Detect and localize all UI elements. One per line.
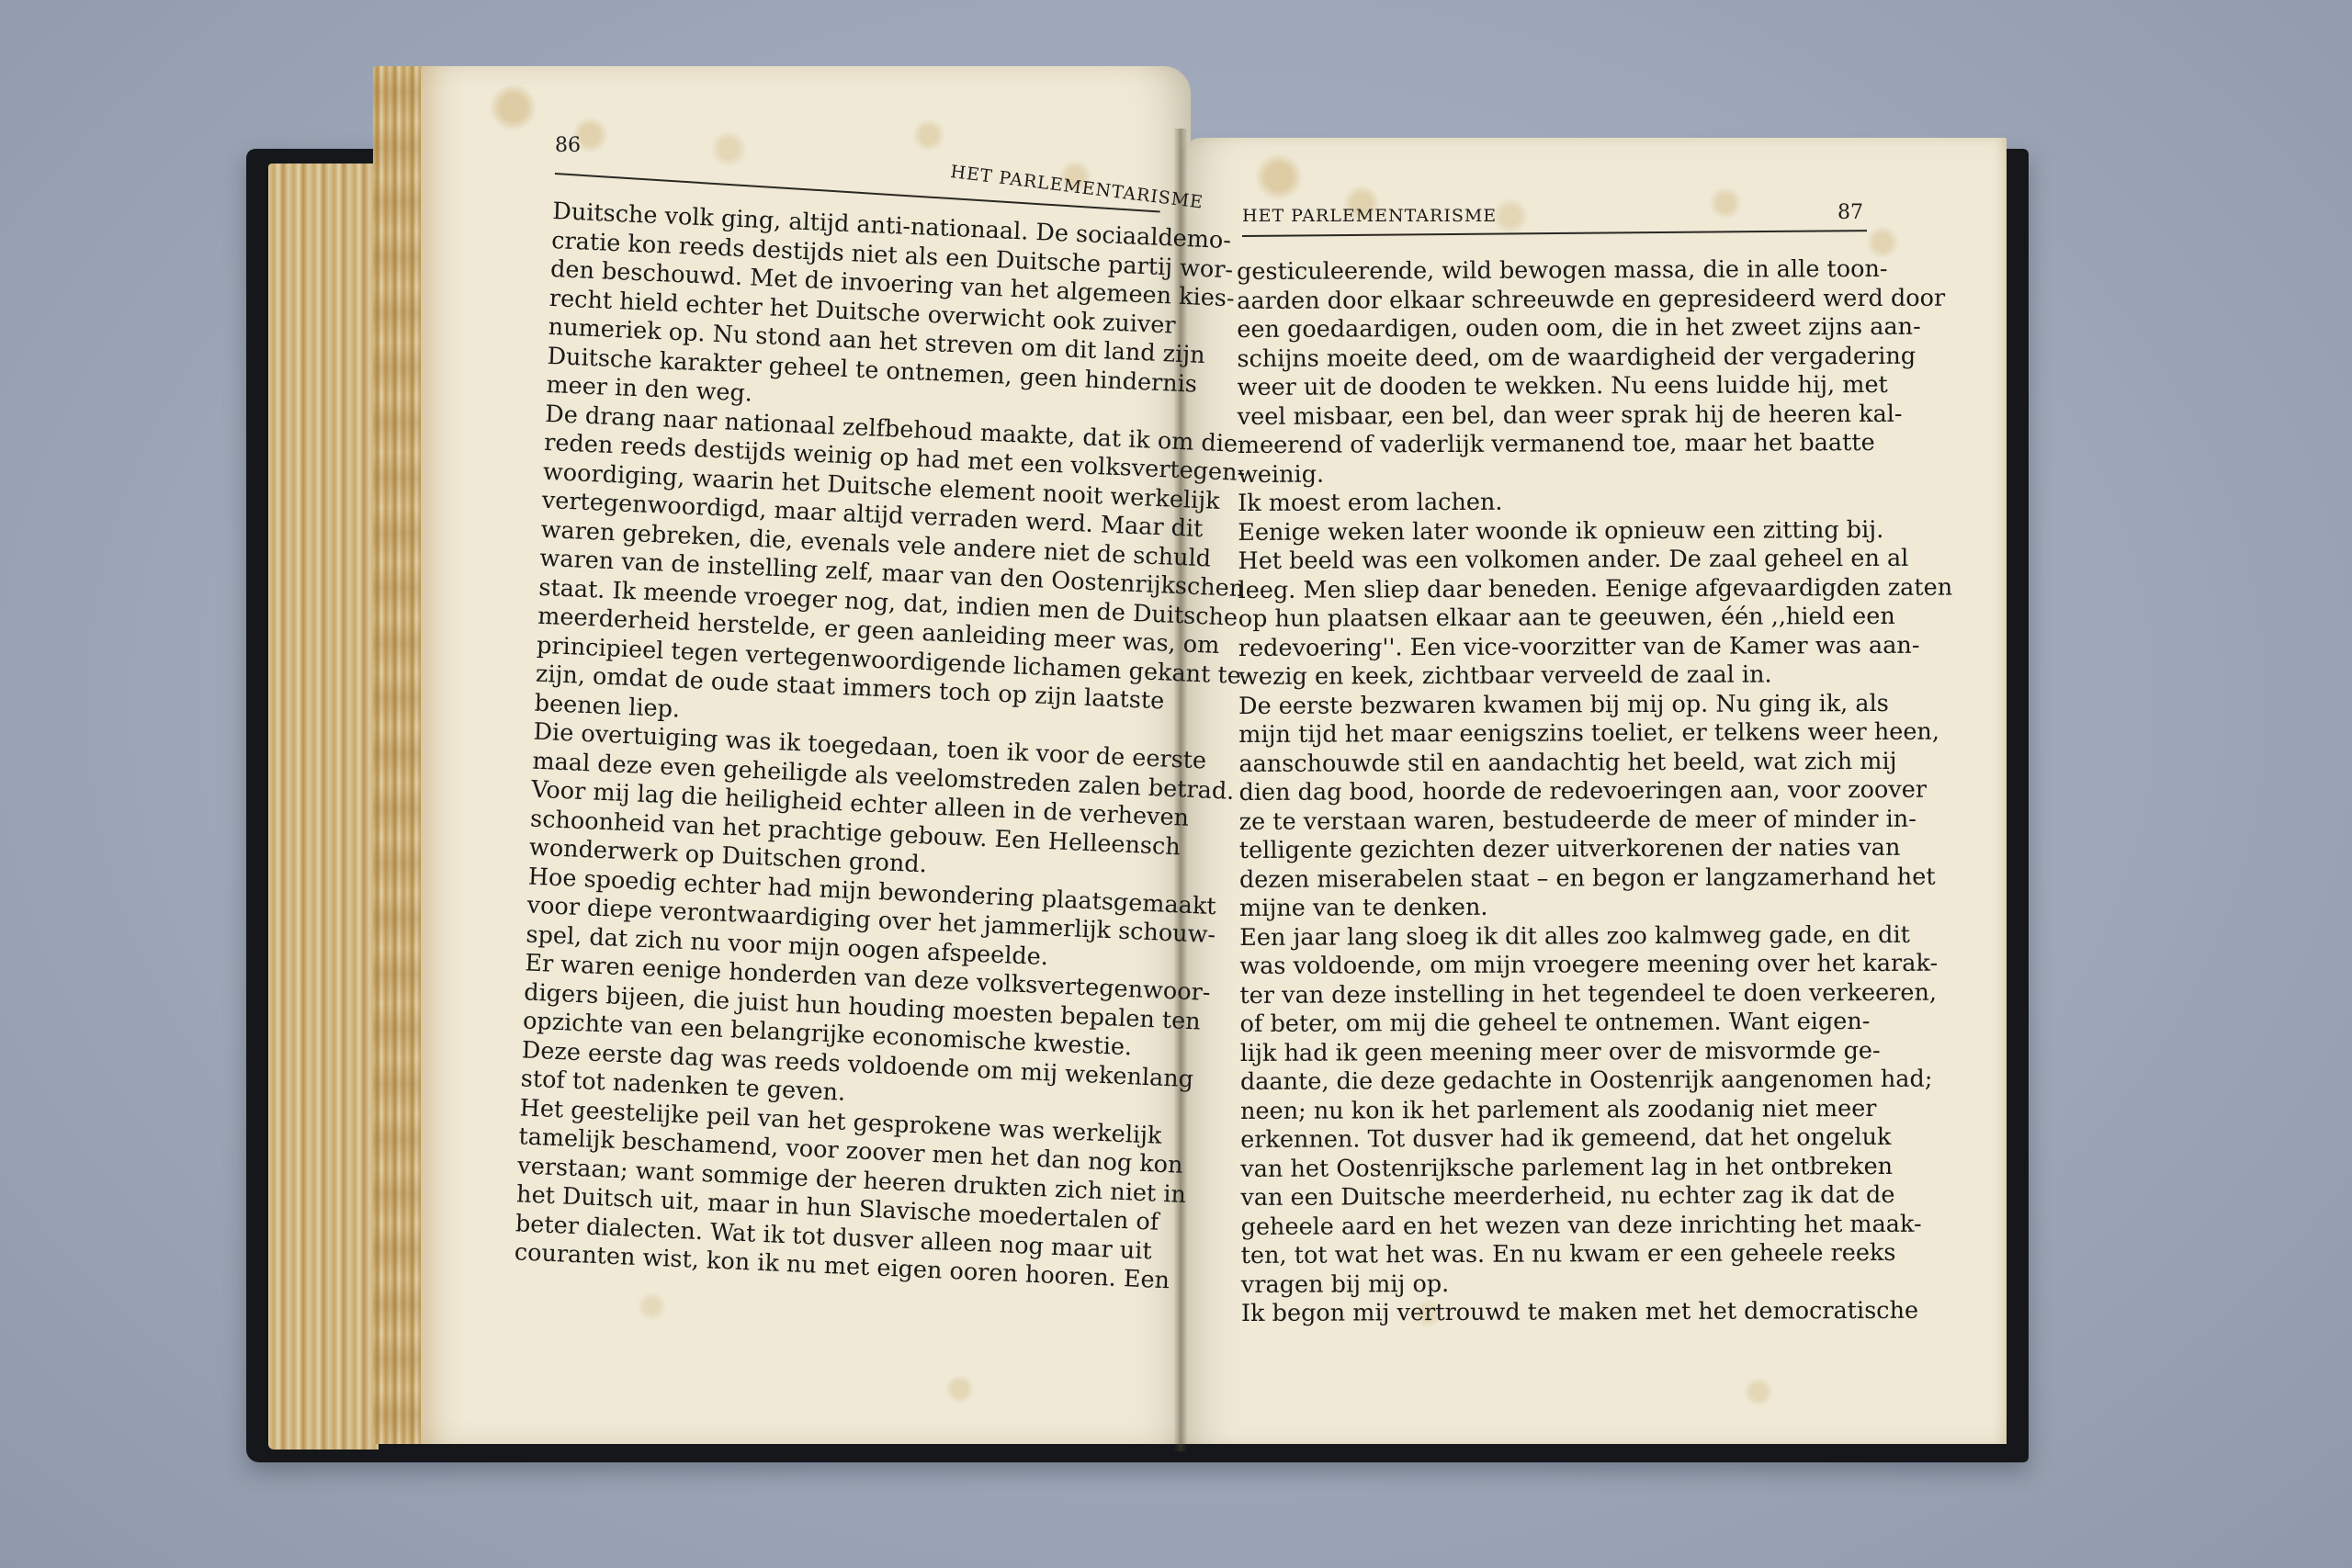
- text-line: neen; nu kon ik het parlement als zoodan…: [1240, 1094, 1883, 1126]
- right-running-head: HET PARLEMENTARISME: [1242, 206, 1497, 226]
- text-line: veel misbaar, een bel, dan weer sprak hi…: [1238, 400, 1881, 432]
- text-line: van een Duitsche meerderheid, nu echter …: [1240, 1181, 1883, 1213]
- page-edges-front: [373, 66, 424, 1444]
- text-line: Eenige weken later woonde ik opnieuw een…: [1238, 515, 1881, 547]
- text-line: Een jaar lang sloeg ik dit alles zoo kal…: [1239, 920, 1883, 953]
- text-line: van het Oostenrijksche parlement lag in …: [1240, 1152, 1883, 1184]
- text-line: ten, tot wat het was. En nu kwam er een …: [1241, 1239, 1884, 1271]
- text-line: lijk had ik geen meening meer over de mi…: [1240, 1036, 1883, 1068]
- right-page-text: gesticuleerende, wild bewogen massa, die…: [1237, 255, 1884, 1329]
- text-line: erkennen. Tot dusver had ik gemeend, dat…: [1240, 1123, 1883, 1156]
- text-line: mijn tijd het maar eenigszins toeliet, e…: [1238, 718, 1882, 750]
- text-line: schijns moeite deed, om de waardigheid d…: [1237, 342, 1880, 374]
- text-line: weinig.: [1238, 457, 1881, 490]
- text-line: een goedaardigen, ouden oom, die in het …: [1237, 313, 1880, 345]
- text-line: aanschouwde stil en aandachtig het beeld…: [1238, 747, 1882, 779]
- text-line: redevoering''. Een vice-voorzitter van d…: [1238, 631, 1882, 663]
- text-line: gesticuleerende, wild bewogen massa, die…: [1237, 255, 1880, 288]
- text-line: Ik moest erom lachen.: [1238, 487, 1881, 519]
- text-line: geheele aard en het wezen van deze inric…: [1241, 1210, 1884, 1242]
- text-line: leeg. Men sliep daar beneden. Eenige afg…: [1238, 573, 1882, 605]
- text-line: Ik begon mij vertrouwd te maken met het …: [1241, 1297, 1884, 1329]
- text-line: vragen bij mij op.: [1241, 1268, 1884, 1300]
- left-page-number: 86: [555, 134, 581, 157]
- text-line: Het beeld was een volkomen ander. De zaa…: [1238, 545, 1881, 577]
- text-line: dezen miserabelen staat – en begon er la…: [1239, 863, 1883, 895]
- text-line: telligente gezichten dezer uitverkorenen…: [1239, 834, 1883, 866]
- text-line: meerend of vaderlijk vermanend toe, maar…: [1238, 429, 1881, 461]
- text-line: ter van deze instelling in het tegendeel…: [1239, 978, 1883, 1010]
- text-line: was voldoende, om mijn vroegere meening …: [1239, 950, 1883, 982]
- text-line: weer uit de dooden te wekken. Nu eens lu…: [1238, 371, 1881, 403]
- text-line: op hun plaatsen elkaar aan te geeuwen, é…: [1238, 603, 1882, 635]
- text-line: of beter, om mij die geheel te ontnemen.…: [1240, 1008, 1883, 1040]
- text-line: wezig en keek, zichtbaar verveeld de zaa…: [1238, 660, 1882, 693]
- text-line: aarden door elkaar schreeuwde en gepresi…: [1237, 284, 1880, 316]
- text-line: mijne van te denken.: [1239, 892, 1883, 924]
- right-page-number: 87: [1837, 201, 1863, 224]
- text-line: ze te verstaan waren, bestudeerde de mee…: [1239, 805, 1883, 837]
- text-line: daante, die deze gedachte in Oostenrijk …: [1240, 1066, 1883, 1098]
- text-line: dien dag bood, hoorde de redevoeringen a…: [1238, 776, 1882, 808]
- page-edges-back: [268, 164, 379, 1450]
- text-line: De eerste bezwaren kwamen bij mij op. Nu…: [1238, 689, 1882, 721]
- left-page-text: Duitsche volk ging, altijd anti-nationaa…: [514, 197, 1159, 1294]
